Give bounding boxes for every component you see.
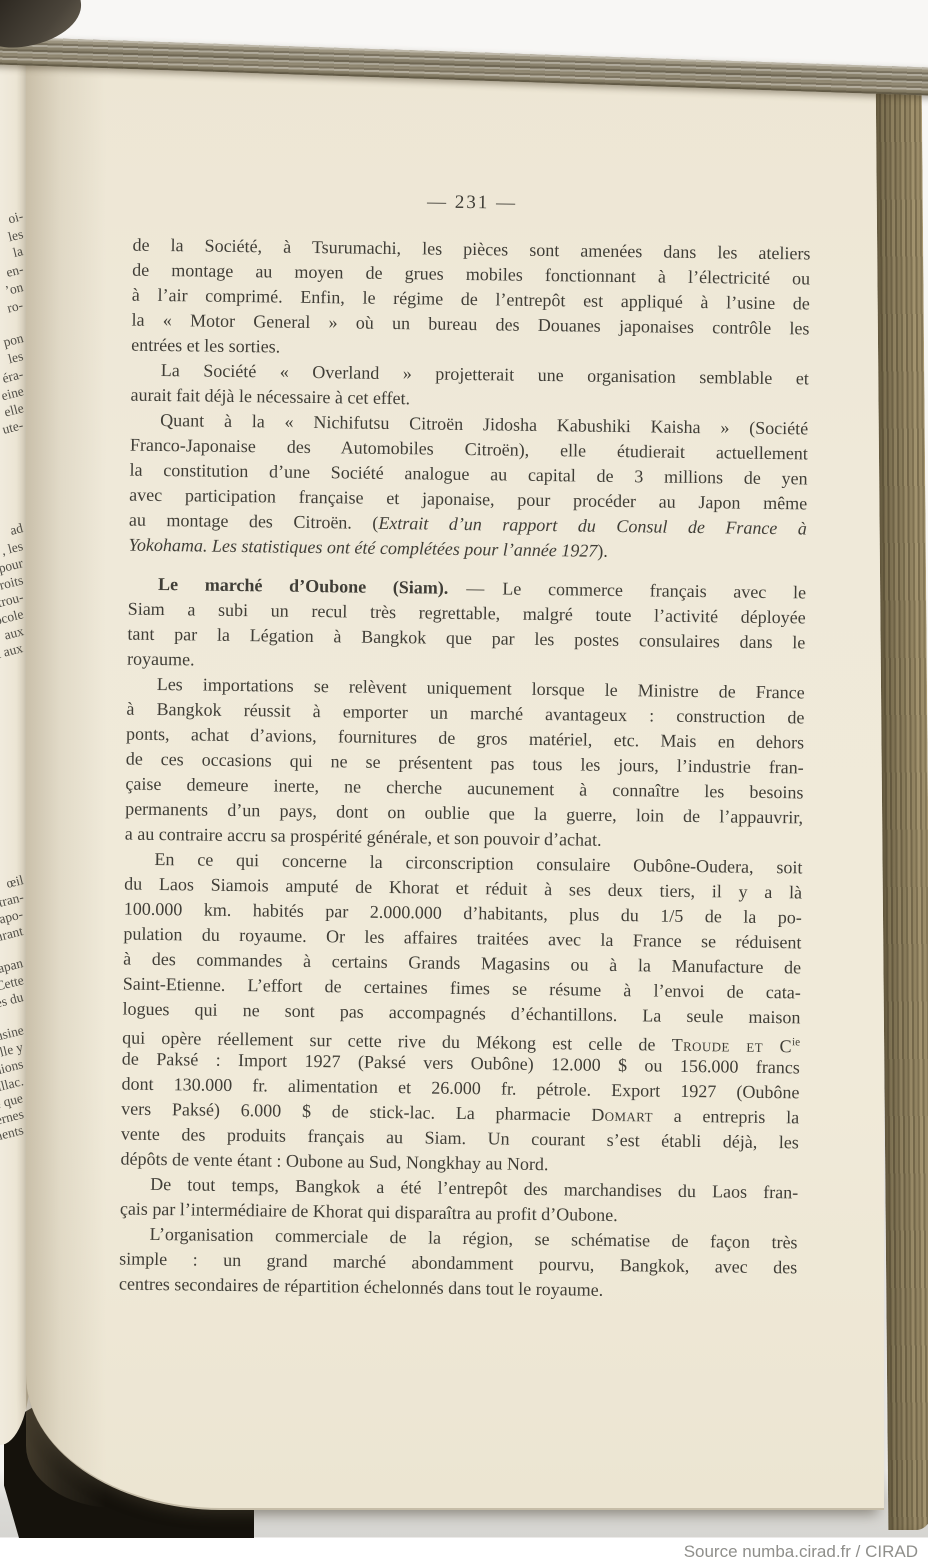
gutter-fragment-text: urant	[0, 923, 25, 945]
page-content: — 231 — de la Société, à Tsurumachi, les…	[119, 186, 811, 1306]
text-segment: au montage des Citroën. (	[129, 510, 379, 533]
book-scan: oi-leslaen-’onro-ponleséra-eineelleute-a…	[0, 0, 928, 1566]
gutter-fragment-text: pon	[1, 330, 25, 350]
paragraph: De tout temps, Bangkok a été l’entrepôt …	[120, 1172, 799, 1231]
gutter-fragment-text: ad	[9, 520, 25, 539]
text-segment: Extrait d’un rapport du Consul de France…	[378, 513, 807, 539]
text-segment: centres secondaires de répartition échel…	[119, 1274, 604, 1300]
source-attribution-bar: Source numba.cirad.fr / CIRAD	[0, 1538, 928, 1566]
gutter-shadow	[26, 40, 116, 1508]
gutter-fragment-text: oi-	[7, 208, 25, 227]
text-segment: entrées et les sorties.	[131, 335, 280, 357]
text-segment: dépôts de vente étant : Oubone au Sud, N…	[120, 1149, 548, 1175]
gutter-fragment-text: œil	[4, 872, 25, 892]
paragraph: La Société « Overland » projetterait une…	[130, 358, 809, 417]
text-segment: aurait fait déjà le nécessaire à cet eff…	[130, 385, 410, 409]
text-segment: a au contraire accru sa prospérité génér…	[125, 824, 602, 850]
paragraph: Les importations se relèvent uniquement …	[125, 672, 805, 856]
gutter-fragment-text: en-	[4, 261, 25, 281]
text-body: de la Société, à Tsurumachi, les pièces …	[119, 233, 811, 1306]
paragraph: L’organisation commerciale de la région,…	[119, 1222, 798, 1306]
text-segment: — Le commerce français avec le	[448, 578, 806, 603]
paragraph: Quant à la « Nichifutsu Citroën Jidosha …	[128, 408, 808, 567]
text-segment: vers Paksé) 6.000 $ de stick-lac. La pha…	[121, 1099, 591, 1125]
paragraph: de la Société, à Tsurumachi, les pièces …	[131, 233, 811, 367]
gutter-fragment-text: les	[7, 226, 25, 245]
gutter-fragment-text: ’on	[4, 279, 25, 299]
gutter-fragment-text: ments	[0, 1122, 25, 1145]
gutter-fragment-text: aux	[2, 623, 25, 643]
text-segment: ie	[792, 1036, 800, 1048]
gutter-fragment-text: ro-	[6, 297, 25, 316]
paragraph: Le marché d’Oubone (Siam). — Le commerce…	[127, 572, 806, 681]
gutter-fragments: oi-leslaen-’onro-ponleséra-eineelleute-a…	[0, 0, 27, 1460]
gutter-fragment-text: t aux	[0, 640, 25, 662]
text-segment: royaume.	[127, 649, 195, 670]
paragraph: En ce qui concerne la circonscription co…	[120, 847, 802, 1181]
gutter-fragment-text: elle	[2, 400, 25, 420]
text-segment: Le marché d’Oubone (Siam).	[158, 574, 449, 598]
text-segment: a entrepris la	[653, 1105, 800, 1127]
gutter-fragment-text: es du	[0, 989, 25, 1011]
gutter-fragment-text: les	[7, 348, 25, 367]
text-segment: çais par l’intermédiaire de Khorat qui d…	[120, 1199, 618, 1226]
text-segment: Yokohama. Les statistiques ont été compl…	[128, 535, 597, 561]
scan-root: { "source_bar": { "label": "Source numba…	[0, 0, 928, 1566]
source-attribution-text: Source numba.cirad.fr / CIRAD	[684, 1538, 918, 1566]
text-segment: ).	[597, 541, 608, 561]
gutter-fragment-text: ute-	[1, 417, 25, 438]
gutter-fragment-text: la	[12, 243, 25, 261]
text-segment: Domart	[591, 1105, 653, 1126]
